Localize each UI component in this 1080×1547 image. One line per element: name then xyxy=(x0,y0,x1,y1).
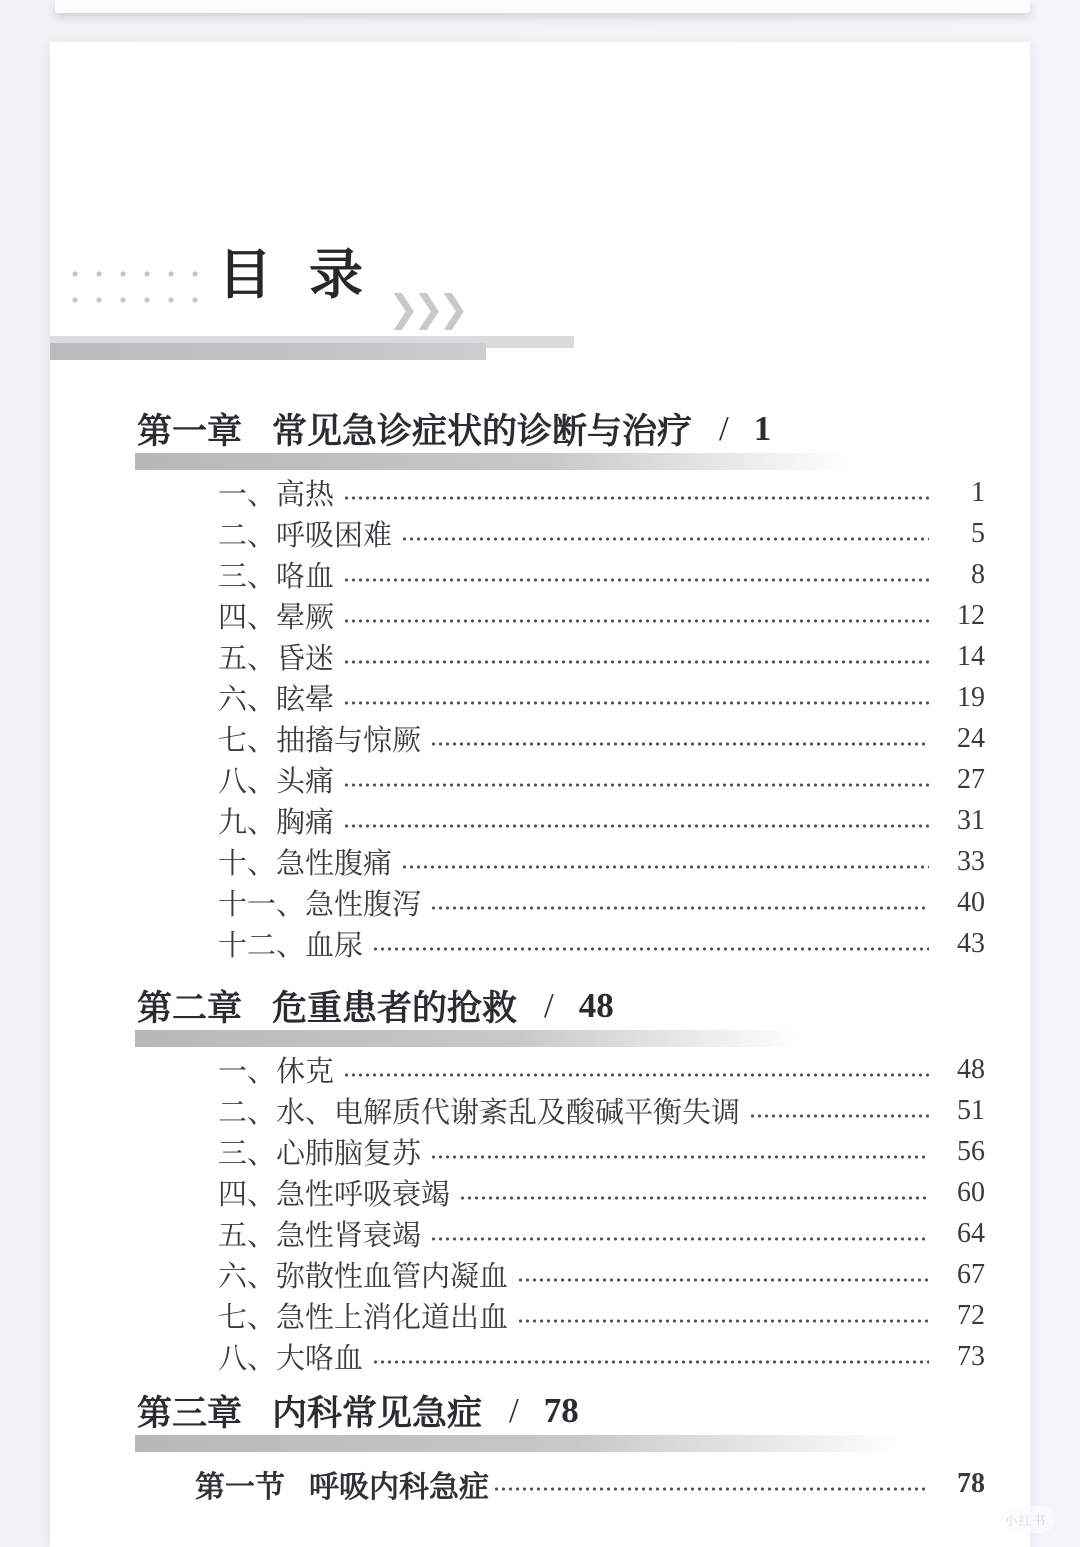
toc-item-label: 二、水、电解质代谢紊乱及酸碱平衡失调 xyxy=(218,1090,740,1131)
chapter-underline-bar xyxy=(135,1030,830,1047)
dot-leader xyxy=(372,946,929,952)
toc-item-page: 67 xyxy=(939,1259,985,1291)
chapter-slash: / xyxy=(544,986,554,1026)
toc-item: 四、晕厥12 xyxy=(218,595,985,636)
dot-leader xyxy=(343,782,929,788)
toc-item: 七、抽搐与惊厥24 xyxy=(218,718,985,759)
toc-item-page: 27 xyxy=(939,764,985,796)
chapter-title: 常见急诊症状的诊断与治疗 xyxy=(272,404,692,454)
toc-item-label: 二、呼吸困难 xyxy=(218,513,392,554)
toc-item-label: 七、急性上消化道出血 xyxy=(218,1295,508,1336)
toc-item: 四、急性呼吸衰竭60 xyxy=(218,1172,985,1213)
dot-leader xyxy=(343,659,929,665)
chapter-label: 第一章 xyxy=(137,404,242,454)
chapter-1-heading: 第一章 常见急诊症状的诊断与治疗 / 1 xyxy=(137,406,1030,452)
dot-leader xyxy=(401,536,929,542)
chapter-underline-bar xyxy=(135,1435,935,1452)
toc-item: 三、心肺脑复苏56 xyxy=(218,1131,985,1172)
toc-item-label: 六、弥散性血管内凝血 xyxy=(218,1254,508,1295)
toc-item-label: 五、急性肾衰竭 xyxy=(218,1213,421,1254)
toc-item-page: 40 xyxy=(939,887,985,919)
toc-item-page: 56 xyxy=(939,1136,985,1168)
dot-grid-decoration xyxy=(60,258,210,322)
chapter-label: 第三章 xyxy=(137,1386,242,1436)
toc-item: 十一、急性腹泻40 xyxy=(218,882,985,923)
dot-leader xyxy=(749,1113,929,1119)
toc-item-page: 24 xyxy=(939,723,985,755)
dot-leader xyxy=(372,1359,929,1365)
toc-item-page: 19 xyxy=(939,682,985,714)
chevrons-icon: ❯❯❯ xyxy=(388,290,463,327)
previous-page-edge xyxy=(55,0,1030,13)
toc-item-page: 8 xyxy=(939,559,985,591)
toc-item-label: 四、晕厥 xyxy=(218,595,334,636)
toc-item-page: 73 xyxy=(939,1341,985,1373)
chapter-slash: / xyxy=(509,1391,519,1431)
chapter-page-number: 1 xyxy=(754,409,772,449)
toc-item: 三、咯血8 xyxy=(218,554,985,595)
dot-leader xyxy=(343,495,929,501)
chapter-slash: / xyxy=(719,409,729,449)
toc-item-label: 八、大咯血 xyxy=(218,1336,363,1377)
toc-item-label: 五、昏迷 xyxy=(218,636,334,677)
toc-item-label: 九、胸痛 xyxy=(218,800,334,841)
section-label: 第一节 xyxy=(195,1462,285,1506)
toc-item-page: 64 xyxy=(939,1218,985,1250)
screenshot-root: 目 录 ❯❯❯ 第一章 常见急诊症状的诊断与治疗 / 1 一、高热1 二、呼吸困… xyxy=(0,0,1080,1547)
toc-item: 八、头痛27 xyxy=(218,759,985,800)
section-row: 第一节 呼吸内科急症 78 xyxy=(195,1463,985,1505)
dot-leader xyxy=(401,864,929,870)
dot-leader xyxy=(517,1318,929,1324)
toc-item-page: 31 xyxy=(939,805,985,837)
toc-item: 九、胸痛31 xyxy=(218,800,985,841)
dot-leader xyxy=(343,1072,929,1078)
chapter-page-number: 78 xyxy=(544,1391,579,1431)
chapter-label: 第二章 xyxy=(137,981,242,1031)
xiaohongshu-watermark-badge: 小红书 xyxy=(997,1506,1054,1533)
toc-item: 一、高热1 xyxy=(218,472,985,513)
toc-item: 十二、血尿43 xyxy=(218,923,985,964)
toc-item-label: 七、抽搐与惊厥 xyxy=(218,718,421,759)
chapter-1-toc-list: 一、高热1 二、呼吸困难5 三、咯血8 四、晕厥12 五、昏迷14 六、眩晕19… xyxy=(218,472,985,964)
section-page: 78 xyxy=(939,1468,985,1500)
toc-item: 五、急性肾衰竭64 xyxy=(218,1213,985,1254)
toc-item-page: 12 xyxy=(939,600,985,632)
toc-item-page: 14 xyxy=(939,641,985,673)
toc-item: 六、弥散性血管内凝血67 xyxy=(218,1254,985,1295)
dot-leader xyxy=(430,905,929,911)
title-underline-bar-dark xyxy=(50,343,486,360)
toc-item: 八、大咯血73 xyxy=(218,1336,985,1377)
toc-item-label: 十二、血尿 xyxy=(218,923,363,964)
chapter-3-heading: 第三章 内科常见急症 / 78 xyxy=(137,1388,1030,1434)
toc-page: 目 录 ❯❯❯ 第一章 常见急诊症状的诊断与治疗 / 1 一、高热1 二、呼吸困… xyxy=(50,42,1030,1547)
chapter-page-number: 48 xyxy=(579,986,614,1026)
toc-item-label: 三、咯血 xyxy=(218,554,334,595)
toc-item: 一、休克48 xyxy=(218,1049,985,1090)
chapter-1-block: 第一章 常见急诊症状的诊断与治疗 / 1 一、高热1 二、呼吸困难5 三、咯血8… xyxy=(50,406,1030,964)
dot-leader xyxy=(343,700,929,706)
dot-leader xyxy=(459,1195,929,1201)
chapter-2-block: 第二章 危重患者的抢救 / 48 一、休克48 二、水、电解质代谢紊乱及酸碱平衡… xyxy=(50,983,1030,1377)
toc-item-label: 三、心肺脑复苏 xyxy=(218,1131,421,1172)
toc-item-page: 33 xyxy=(939,846,985,878)
toc-item: 十、急性腹痛33 xyxy=(218,841,985,882)
toc-item: 六、眩晕19 xyxy=(218,677,985,718)
section-title: 呼吸内科急症 xyxy=(309,1462,489,1506)
dot-leader xyxy=(430,1154,929,1160)
toc-item-page: 51 xyxy=(939,1095,985,1127)
dot-leader xyxy=(517,1277,929,1283)
toc-item: 七、急性上消化道出血72 xyxy=(218,1295,985,1336)
dot-leader xyxy=(430,741,929,747)
toc-item-label: 十一、急性腹泻 xyxy=(218,882,421,923)
toc-item-label: 六、眩晕 xyxy=(218,677,334,718)
chapter-title: 内科常见急症 xyxy=(272,1386,482,1436)
toc-item-label: 一、高热 xyxy=(218,472,334,513)
toc-item-page: 5 xyxy=(939,518,985,550)
toc-item-page: 60 xyxy=(939,1177,985,1209)
dot-leader xyxy=(493,1486,929,1492)
dot-leader xyxy=(343,823,929,829)
toc-item-page: 48 xyxy=(939,1054,985,1086)
chapter-title: 危重患者的抢救 xyxy=(272,981,517,1031)
toc-item-page: 43 xyxy=(939,928,985,960)
toc-item-label: 四、急性呼吸衰竭 xyxy=(218,1172,450,1213)
dot-leader xyxy=(343,577,929,583)
dot-leader xyxy=(343,618,929,624)
toc-item-page: 72 xyxy=(939,1300,985,1332)
toc-item-page: 1 xyxy=(939,477,985,509)
dot-leader xyxy=(430,1236,929,1242)
toc-item: 二、呼吸困难5 xyxy=(218,513,985,554)
page-title: 目 录 xyxy=(218,246,374,305)
toc-item-label: 十、急性腹痛 xyxy=(218,841,392,882)
toc-item: 二、水、电解质代谢紊乱及酸碱平衡失调51 xyxy=(218,1090,985,1131)
toc-item-label: 一、休克 xyxy=(218,1049,334,1090)
chapter-3-block: 第三章 内科常见急症 / 78 第一节 呼吸内科急症 78 xyxy=(50,1388,1030,1505)
chapter-2-heading: 第二章 危重患者的抢救 / 48 xyxy=(137,983,1030,1029)
chapter-underline-bar xyxy=(135,453,883,470)
chapter-2-toc-list: 一、休克48 二、水、电解质代谢紊乱及酸碱平衡失调51 三、心肺脑复苏56 四、… xyxy=(218,1049,985,1377)
toc-item-label: 八、头痛 xyxy=(218,759,334,800)
toc-item: 五、昏迷14 xyxy=(218,636,985,677)
